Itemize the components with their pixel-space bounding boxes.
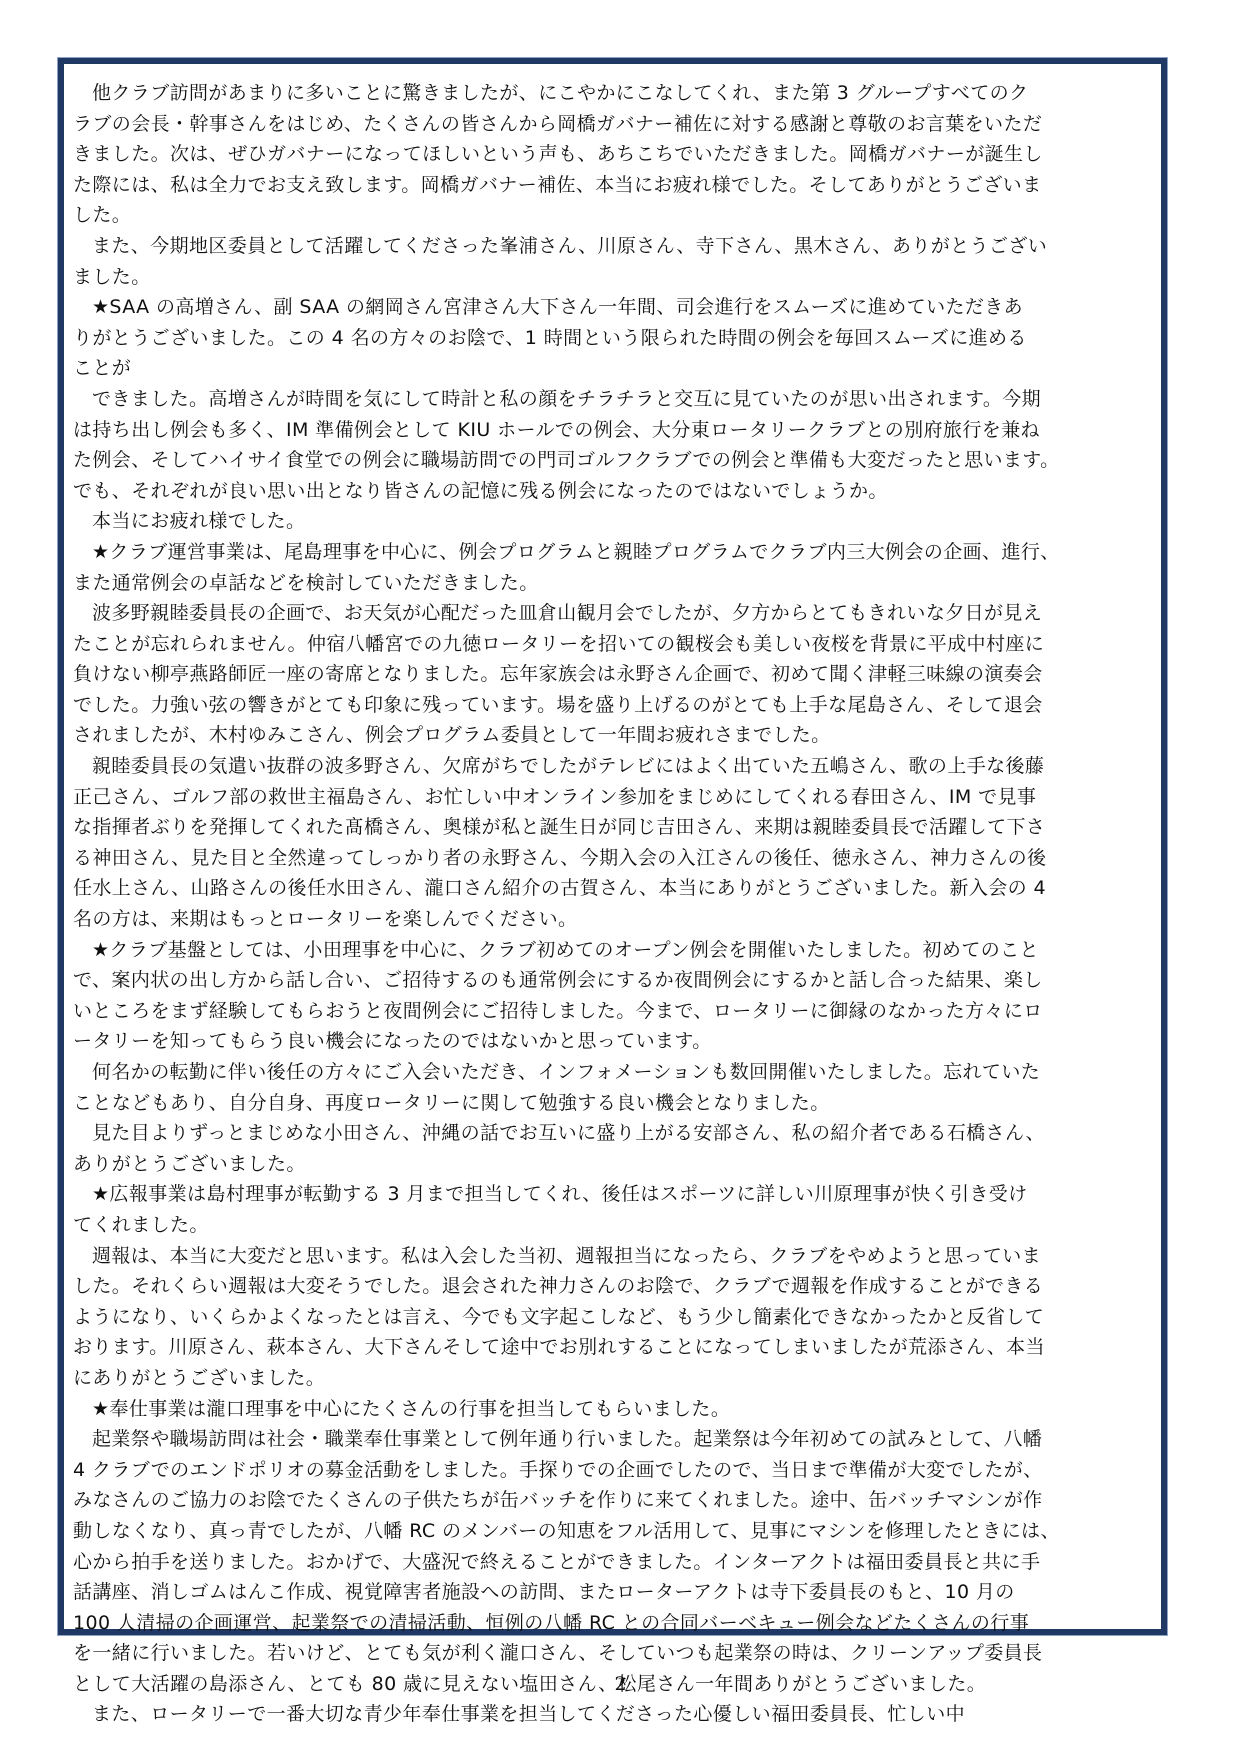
text-line: にありがとうございました。 (73, 1363, 1152, 1394)
text-line: されましたが、木村ゆみこさん、例会プログラム委員として一年間お疲れさまでした。 (73, 720, 1152, 751)
text-line: た際には、私は全力でお支え致します。岡橋ガバナー補佐、本当にお疲れ様でした。そし… (73, 170, 1152, 201)
text-line: した。 (73, 200, 1152, 231)
paragraph-start-line: ★奉仕事業は瀧口理事を中心にたくさんの行事を担当してもらいました。 (73, 1394, 1152, 1425)
paragraph-start-line: 何名かの転勤に伴い後任の方々にご入会いただき、インフォメーションも数回開催いたし… (73, 1057, 1152, 1088)
body-text: 他クラブ訪問があまりに多いことに驚きましたが、にこやかにこなしてくれ、また第 3… (73, 78, 1152, 1730)
paragraph-start-line: ★クラブ運営事業は、尾島理事を中心に、例会プログラムと親睦プログラムでクラブ内三… (73, 537, 1152, 568)
paragraph-start-line: 見た目よりずっとまじめな小田さん、沖縄の話でお互いに盛り上がる安部さん、私の紹介… (73, 1118, 1152, 1149)
paragraph-start-line: ★SAA の高増さん、副 SAA の網岡さん宮津さん大下さん一年間、司会進行をス… (73, 292, 1152, 323)
text-line: 動しなくなり、真っ青でしたが、八幡 RC のメンバーの知恵をフル活用して、見事に… (73, 1516, 1152, 1547)
paragraph-start-line: ★クラブ基盤としては、小田理事を中心に、クラブ初めてのオープン例会を開催いたしま… (73, 935, 1152, 966)
page-number: 2 (0, 1673, 1241, 1695)
text-line: いところをまず経験してもらおうと夜間例会にご招待しました。今まで、ロータリーに御… (73, 996, 1152, 1027)
paragraph-start-line: できました。高増さんが時間を気にして時計と私の顔をチラチラと交互に見ていたのが思… (73, 384, 1152, 415)
paragraph-start-line: 親睦委員長の気遣い抜群の波多野さん、欠席がちでしたがテレビにはよく出ていた五嶋さ… (73, 751, 1152, 782)
text-line: を一緒に行いました。若いけど、とても気が利く瀧口さん、そしていつも起業祭の時は、… (73, 1638, 1152, 1669)
text-line: 負けない柳亭燕路師匠一座の寄席となりました。忘年家族会は永野さん企画で、初めて聞… (73, 659, 1152, 690)
paragraph-start-line: 週報は、本当に大変だと思います。私は入会した当初、週報担当になったら、クラブをや… (73, 1241, 1152, 1272)
paragraph-start-line: 波多野親睦委員長の企画で、お天気が心配だった皿倉山観月会でしたが、夕方からとても… (73, 598, 1152, 629)
text-line: 名の方は、来期はもっとロータリーを楽しんでください。 (73, 904, 1152, 935)
page-border-frame: 他クラブ訪問があまりに多いことに驚きましたが、にこやかにこなしてくれ、また第 3… (58, 58, 1167, 1635)
text-line: 心から拍手を送りました。おかげで、大盛況で終えることができました。インターアクト… (73, 1547, 1152, 1578)
text-line: 任水上さん、山路さんの後任水田さん、瀧口さん紹介の古賀さん、本当にありがとうござ… (73, 873, 1152, 904)
paragraph-start-line: また、今期地区委員として活躍してくださった峯浦さん、川原さん、寺下さん、黒木さん… (73, 231, 1152, 262)
text-line: たことが忘れられません。仲宿八幡宮での九徳ロータリーを招いての観桜会も美しい夜桜… (73, 629, 1152, 660)
paragraph-start-line: 他クラブ訪問があまりに多いことに驚きましたが、にこやかにこなしてくれ、また第 3… (73, 78, 1152, 109)
paragraph-start-line: 本当にお疲れ様でした。 (73, 506, 1152, 537)
text-line: ータリーを知ってもらう良い機会になったのではないかと思っています。 (73, 1026, 1152, 1057)
text-line: 話講座、消しゴムはんこ作成、視覚障害者施設への訪問、またローターアクトは寺下委員… (73, 1577, 1152, 1608)
text-line: は持ち出し例会も多く、IM 準備例会として KIU ホールでの例会、大分東ロータ… (73, 415, 1152, 446)
text-line: た例会、そしてハイサイ食堂での例会に職場訪問での門司ゴルフクラブでの例会と準備も… (73, 445, 1152, 476)
text-line: した。それくらい週報は大変そうでした。退会された神力さんのお陰で、クラブで週報を… (73, 1271, 1152, 1302)
text-line: きました。次は、ぜひガバナーになってほしいという声も、あちこちでいただきました。… (73, 139, 1152, 170)
text-line: また通常例会の卓話などを検討していただきました。 (73, 568, 1152, 599)
text-line: ありがとうございました。 (73, 1149, 1152, 1180)
text-line: 正己さん、ゴルフ部の救世主福島さん、お忙しい中オンライン参加をまじめにしてくれる… (73, 782, 1152, 813)
text-line: でした。力強い弦の響きがとても印象に残っています。場を盛り上げるのがとても上手な… (73, 690, 1152, 721)
text-line: 100 人清掃の企画運営、起業祭での清掃活動、恒例の八幡 RC との合同バーベキ… (73, 1608, 1152, 1639)
paragraph-start-line: ★広報事業は島村理事が転勤する 3 月まで担当してくれ、後任はスポーツに詳しい川… (73, 1179, 1152, 1210)
text-line: る神田さん、見た目と全然違ってしっかり者の永野さん、今期入会の入江さんの後任、徳… (73, 843, 1152, 874)
text-line: みなさんのご協力のお陰でたくさんの子供たちが缶バッチを作りに来てくれました。途中… (73, 1485, 1152, 1516)
text-line: ことなどもあり、自分自身、再度ロータリーに関して勉強する良い機会となりました。 (73, 1088, 1152, 1119)
text-line: ラブの会長・幹事さんをはじめ、たくさんの皆さんから岡橋ガバナー補佐に対する感謝と… (73, 109, 1152, 140)
paragraph-start-line: 起業祭や職場訪問は社会・職業奉仕事業として例年通り行いました。起業祭は今年初めて… (73, 1424, 1152, 1455)
text-line: ました。 (73, 262, 1152, 293)
text-line: てくれました。 (73, 1210, 1152, 1241)
text-line: ようになり、いくらかよくなったとは言え、今でも文字起こしなど、もう少し簡素化でき… (73, 1302, 1152, 1333)
text-line: ことが (73, 353, 1152, 384)
text-line: で、案内状の出し方から話し合い、ご招待するのも通常例会にするか夜間例会にするかと… (73, 965, 1152, 996)
text-line: りがとうございました。この 4 名の方々のお陰で、1 時間という限られた時間の例… (73, 323, 1152, 354)
text-line: 4 クラブでのエンドポリオの募金活動をしました。手探りでの企画でしたので、当日ま… (73, 1455, 1152, 1486)
text-line: でも、それぞれが良い思い出となり皆さんの記憶に残る例会になったのではないでしょう… (73, 476, 1152, 507)
text-line: おります。川原さん、萩本さん、大下さんそして途中でお別れすることになってしまいま… (73, 1332, 1152, 1363)
text-line: な指揮者ぶりを発揮してくれた髙橋さん、奥様が私と誕生日が同じ吉田さん、来期は親睦… (73, 812, 1152, 843)
paragraph-start-line: また、ロータリーで一番大切な青少年奉仕事業を担当してくださった心優しい福田委員長… (73, 1699, 1152, 1730)
